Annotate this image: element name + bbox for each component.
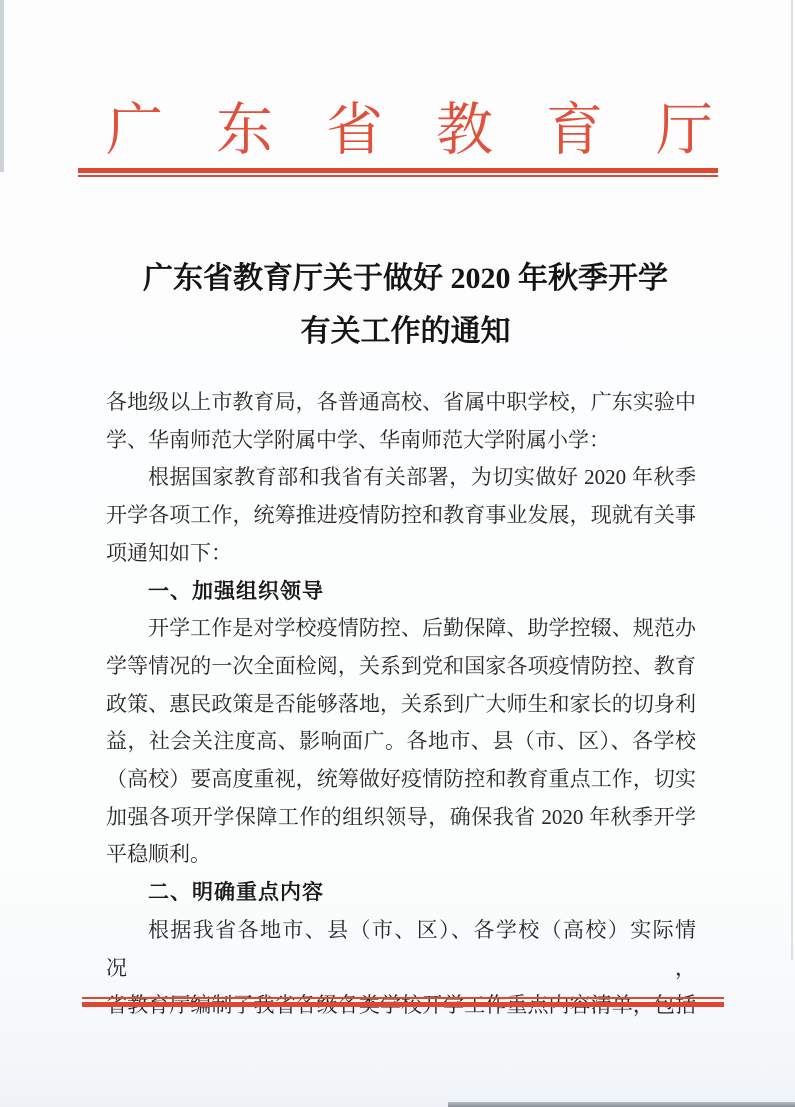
body-line: 开学工作是对学校疫情防控、后勤保障、助学控辍、规范办 xyxy=(106,610,696,648)
section-heading: 二、明确重点内容 xyxy=(106,874,696,912)
letterhead-title: 广东省教育厅 xyxy=(106,96,766,166)
body-line: 开学各项工作，统筹推进疫情防控和教育事业发展，现就有关事 xyxy=(106,497,696,535)
body-line: 学、华南师范大学附属中学、华南师范大学附属小学： xyxy=(106,422,696,460)
section-heading: 一、加强组织领导 xyxy=(106,573,696,611)
document-title-line1: 广东省教育厅关于做好 2020 年秋季开学 xyxy=(16,252,795,305)
scan-edge-left xyxy=(0,0,4,172)
body-line: 加强各项开学保障工作的组织领导，确保我省 2020 年秋季开学 xyxy=(106,799,696,837)
scan-edge-right xyxy=(791,0,793,960)
footer-rule-thin xyxy=(82,997,724,999)
body-line: 各地级以上市教育局，各普通高校、省属中职学校，广东实验中 xyxy=(106,384,696,422)
footer-rule-thick xyxy=(82,1002,724,1007)
body-line: （高校）要高度重视，统筹做好疫情防控和教育重点工作，切实 xyxy=(106,761,696,799)
body-line: 平稳顺利。 xyxy=(106,836,696,874)
document-title-line2: 有关工作的通知 xyxy=(16,305,795,358)
scan-edge-bottom xyxy=(448,1102,795,1107)
footer-rule xyxy=(82,997,724,1007)
scanned-document-page: 广东省教育厅 广东省教育厅关于做好 2020 年秋季开学 有关工作的通知 各地级… xyxy=(0,0,795,1107)
document-title: 广东省教育厅关于做好 2020 年秋季开学 有关工作的通知 xyxy=(0,252,795,358)
letterhead-rule-thin xyxy=(78,175,718,177)
letterhead-rule xyxy=(78,168,718,177)
body-line: 项通知如下： xyxy=(106,535,696,573)
body-line: 益，社会关注度高、影响面广。各地市、县（市、区）、各学校 xyxy=(106,723,696,761)
document-body: 各地级以上市教育局，各普通高校、省属中职学校，广东实验中学、华南师范大学附属中学… xyxy=(106,384,696,1025)
letterhead-rule-thick xyxy=(78,168,718,173)
body-line: 根据国家教育部和我省有关部署，为切实做好 2020 年秋季 xyxy=(106,459,696,497)
body-line: 政策、惠民政策是否能够落地，关系到广大师生和家长的切身利 xyxy=(106,686,696,724)
body-line: 学等情况的一次全面检阅，关系到党和国家各项疫情防控、教育 xyxy=(106,648,696,686)
body-line: 根据我省各地市、县（市、区）、各学校（高校）实际情况， xyxy=(106,912,696,987)
